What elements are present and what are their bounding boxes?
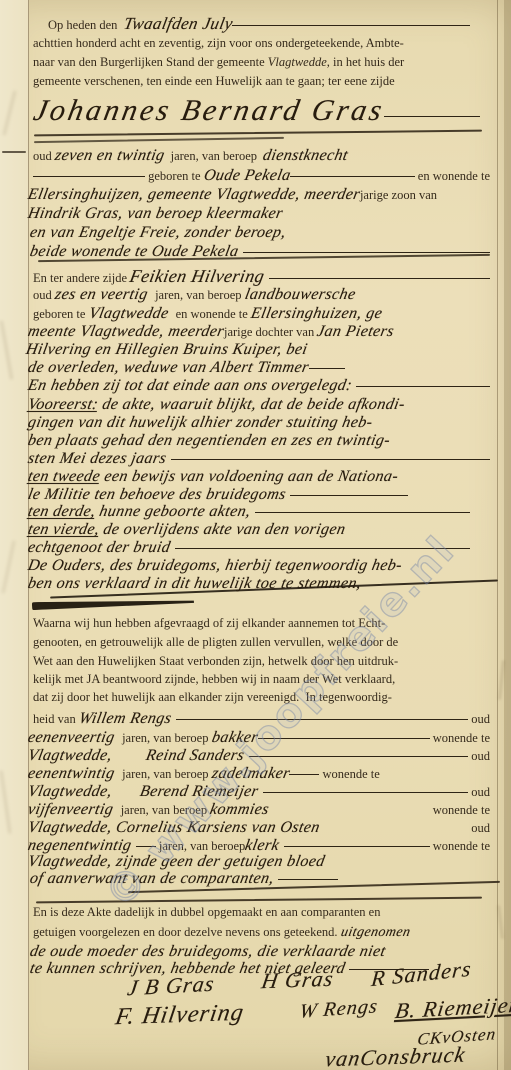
handwritten-text: uitgenomen [339, 924, 412, 942]
groom-name: Johannes Bernard Gras [30, 92, 387, 130]
document-2-label: ten tweede [26, 467, 102, 487]
witness-1-age: eenenveertig [26, 728, 121, 748]
gemeente-name: Vlagtwedde [268, 55, 327, 71]
witness-4-name-line: Vlagtwedde, Cornelius Karsiens van Osten… [28, 818, 490, 838]
printed-text: jaren, van beroep [119, 731, 212, 747]
witness-1-detail-line: eenenveertig jaren, van beroep bakker wo… [28, 728, 490, 748]
intro-line-4: gemeente verschenen, ten einde een Huwel… [33, 74, 490, 90]
witness-1-residence: Vlagtwedde, [26, 746, 118, 766]
bride-age: zes en veertig [53, 285, 154, 305]
printed-text: jaren, van beroep [119, 767, 212, 783]
handwritten-text: De Ouders, des bruidegoms, hierbij tegen… [26, 556, 404, 576]
handwritten-text: de akte, waaruit blijkt, dat de beide af… [96, 395, 407, 415]
printed-text: dat zij door het huwelijk aan elkander z… [33, 690, 392, 706]
printed-text: oud [33, 149, 55, 165]
fill-line [33, 176, 145, 177]
witness-2-age: eenentwintig [26, 764, 121, 784]
printed-text: getuigen voorgelezen en door dezelve nev… [33, 925, 341, 941]
parents-consent-line-a: De Ouders, des bruidegoms, hierbij tegen… [28, 556, 490, 576]
document-1-line-d: sten Mei dezes jaars [28, 449, 490, 469]
name-flourish-underline-1 [34, 130, 482, 137]
groom-mother-line: en van Engeltje Freie, zonder beroep, [30, 223, 490, 243]
page-edge-strip [504, 0, 511, 1070]
fill-line [309, 368, 345, 369]
signature-w-rengs: W Rengs [300, 997, 378, 1022]
groom-birthplace: Oude Pekela [202, 166, 292, 186]
groom-residence-line: Ellersinghuijzen, gemeente Vlagtwedde, m… [28, 185, 490, 205]
bride-residence-line: meente Vlagtwedde, meerderjarige dochter… [28, 322, 490, 342]
vows-line-1: Waarna wij hun hebben afgevraagd of zij … [33, 616, 490, 632]
printed-text: jaren, van beroep [164, 149, 263, 165]
fill-line [278, 879, 338, 880]
page-binding-edge [0, 0, 29, 1070]
signature-r-sanders: R Sanders [372, 960, 471, 988]
fill-line [290, 495, 408, 496]
parents-consent-line-b: ben ons verklaard in dit huwelijk toe te… [28, 574, 490, 594]
groom-born-line: geboren te Oude Pekela en wonende te [33, 166, 490, 186]
intro-line-3: naar van den Burgerlijken Stand der geme… [33, 55, 490, 71]
fill-line [255, 512, 470, 513]
bleed-mark [497, 905, 504, 939]
groom-age-line: oud zeven en twintig jaren, van beroep d… [33, 146, 490, 166]
printed-text: oud [468, 712, 490, 728]
witness-2-residence: Vlagtwedde, [26, 782, 118, 802]
printed-text: jaren, van beroep [152, 288, 245, 304]
fill-line [176, 719, 469, 720]
bride-residence: Ellersinghuizen, ge [249, 304, 384, 324]
printed-text: genooten, en getrouwelijk alle de pligte… [33, 635, 398, 651]
bride-born-line: geboren te Vlagtwedde en wonende te Elle… [33, 304, 490, 324]
printed-text: naar van den Burgerlijken Stand der geme… [33, 55, 268, 71]
witness-2-name: Reind Sanders [144, 746, 250, 766]
document-4-line-a: ten vierde, de overlijdens akte van den … [28, 520, 490, 540]
bride-father-name: Jan Pieters [315, 322, 396, 342]
handwritten-text: hunne geboorte akten, [93, 502, 257, 522]
signature-witness-3: B. Riemeijer [394, 991, 511, 1025]
handwritten-text: gingen van dit huwelijk alhier zonder st… [26, 413, 374, 433]
handwritten-text: beide wonende te Oude Pekela [28, 242, 245, 262]
comparanten-stroke-2 [36, 897, 482, 904]
witness-3-age: vijfenveertig [26, 800, 119, 820]
groom-residence: Ellersinghuijzen, gemeente Vlagtwedde, m… [26, 185, 362, 205]
printed-text: jarige dochter van [224, 325, 317, 341]
signature-official: vanConsbruck [323, 1041, 467, 1070]
printed-text: oud [33, 288, 55, 304]
vows-line-5: dat zij door het huwelijk aan elkander z… [33, 690, 490, 706]
printed-text: wonende te [319, 767, 379, 783]
margin-dash [2, 151, 26, 153]
printed-text: Op heden den [48, 18, 124, 34]
fill-line [384, 116, 480, 117]
printed-text: jarige zoon van [360, 188, 437, 204]
signature-groom: J B Gras [126, 970, 217, 1002]
fill-line [356, 386, 490, 387]
witness-1-name: Willem Rengs [77, 709, 178, 729]
printed-text: en wonende te [415, 169, 490, 185]
printed-text: En is deze Akte dadelijk in dubbel opgem… [33, 905, 380, 921]
witness-3-name: Berend Riemeijer [138, 782, 264, 802]
fill-line [290, 176, 414, 177]
signature-h-gras: H Gras [262, 966, 333, 994]
groom-occupation: dienstknecht [261, 146, 350, 166]
handwritten-text: of aanverwant van de comparanten, [28, 869, 280, 889]
vows-line-4: kelijk met JA beantwoord zijnde, hebben … [33, 672, 490, 688]
groom-age: zeven en twintig [53, 146, 166, 166]
document-page: Op heden den Twaalfden Julyachttien hond… [0, 0, 511, 1070]
printed-text: heid van [33, 712, 79, 728]
signature-b-riemeijer: B. Riemeijer [396, 994, 511, 1022]
handwritten-text: En hebben zij tot dat einde aan ons over… [26, 376, 358, 396]
witness-2-detail-line: eenentwintig jaren, van beroep zadelmake… [28, 764, 490, 784]
document-3-label: ten derde, [26, 502, 97, 522]
groom-father-line: Hindrik Gras, van beroep kleermaker [28, 204, 490, 224]
signature-witness-1: W Rengs [298, 994, 380, 1024]
fill-line [243, 252, 490, 253]
witness-3-residence: Vlagtwedde, [26, 818, 118, 838]
witness-2-name-line: Vlagtwedde, Reind Sanders oud [28, 746, 490, 766]
fill-line [249, 756, 468, 757]
signature-bride: F. Hilvering [113, 998, 246, 1032]
vows-line-2: genooten, en getrouwelijk alle de pligte… [33, 635, 490, 651]
printed-text: kelijk met JA beantwoord zijnde, hebben … [33, 672, 395, 688]
document-1-line-a: Vooreerst: de akte, waaruit blijkt, dat … [28, 395, 490, 415]
handwritten-text: ben ons verklaard in dit huwelijk toe te… [26, 574, 363, 594]
bride-widow-line: de overleden, weduwe van Albert Timmer [28, 358, 490, 378]
document-1-label: Vooreerst: [26, 395, 100, 415]
handwritten-text: echtgenoot der bruid [26, 538, 176, 558]
witness-relation-line-b: of aanverwant van de comparanten, [30, 869, 490, 889]
bride-birthplace: Vlagtwedde [87, 304, 175, 324]
signature-jb-gras: J B Gras [128, 972, 214, 1000]
printed-text: en wonende te [172, 307, 250, 323]
signature-f-hilvering: F. Hilvering [116, 1000, 244, 1030]
intro-line-1: Op heden den Twaalfden July [48, 13, 470, 34]
fill-line [284, 846, 430, 847]
signature-van-consbruck: vanConsbruck [326, 1043, 465, 1070]
closing-line-2: getuigen voorgelezen en door dezelve nev… [33, 924, 490, 942]
handwritten-text: meente Vlagtwedde, meerder [26, 322, 226, 342]
bride-previous-husband: de overleden, weduwe van Albert Timmer [26, 358, 311, 378]
printed-text: geboren te [145, 169, 204, 185]
printed-text: oud [468, 785, 490, 801]
printed-text: Waarna wij hun hebben afgevraagd of zij … [33, 616, 385, 632]
fill-line [289, 774, 319, 775]
bride-parents-line: Hilvering en Hillegien Bruins Kuiper, be… [26, 340, 490, 360]
groom-father-name: Hindrik Gras, van beroep kleermaker [26, 204, 285, 224]
witness-3-detail-line: vijfenveertig jaren, van beroep kommies … [28, 800, 490, 820]
bride-occupation: landbouwersche [243, 285, 357, 305]
printed-text: gemeente verschenen, ten einde een Huwel… [33, 74, 395, 90]
printed-text: wonende te [430, 731, 490, 747]
witness-4-name: Cornelius Karsiens van Osten [114, 818, 322, 838]
documents-intro-line: En hebben zij tot dat einde aan ons over… [28, 376, 490, 396]
document-1-line-c: ben plaats gehad den negentienden en zes… [28, 431, 490, 451]
intro-line-2: achttien honderd acht en zeventig, zijn … [33, 36, 490, 52]
printed-text: oud [468, 821, 490, 837]
signature-witness-2: R Sanders [370, 955, 473, 993]
printed-text: jaren, van beroep [118, 803, 211, 819]
document-3-line: ten derde, hunne geboorte akten, [28, 502, 470, 522]
bride-age-line: oud zes en veertig jaren, van beroep lan… [33, 285, 490, 305]
groom-mother-name: en van Engeltje Freie, zonder beroep, [28, 223, 288, 243]
fill-line [136, 846, 156, 847]
closing-line-1: En is deze Akte dadelijk in dubbel opgem… [33, 905, 490, 921]
handwritten-text: ben plaats gehad den negentienden en zes… [26, 431, 392, 451]
fill-line [232, 25, 470, 26]
printed-text: achttien honderd acht en zeventig, zijn … [33, 36, 404, 52]
printed-text: wonende te [430, 803, 490, 819]
fill-line [263, 792, 468, 793]
document-4-label: ten vierde, [26, 520, 101, 540]
fill-line [171, 459, 490, 460]
document-1-line-b: gingen van dit huwelijk alhier zonder st… [28, 413, 490, 433]
banns-dates: sten Mei dezes jaars [26, 449, 172, 469]
document-2-line-a: ten tweede een bewijs van voldoening aan… [28, 467, 490, 487]
witness-3-name-line: Vlagtwedde, Berend Riemeijer oud [28, 782, 490, 802]
fill-line [258, 738, 430, 739]
bride-mother-name: Hilvering en Hillegien Bruins Kuiper, be… [24, 340, 309, 360]
handwritten-text: een bewijs van voldoening aan de Nationa… [98, 467, 400, 487]
witness-2-occupation: zadelmaker [210, 764, 292, 784]
printed-text: Wet aan den Huwelijken Staat verbonden z… [33, 654, 398, 670]
vows-line-3: Wet aan den Huwelijken Staat verbonden z… [33, 654, 490, 670]
fill-line [175, 548, 470, 549]
fill-line [269, 278, 490, 279]
witness-3-occupation: kommies [208, 800, 271, 820]
marriage-date: Twaalfden July [122, 13, 235, 34]
witness-1-name-line: heid van Willem Rengs oud [33, 709, 490, 729]
signature-groom-father: H Gras [260, 965, 336, 995]
witness-1-occupation: bakker [210, 728, 260, 748]
printed-text: geboren te [33, 307, 89, 323]
document-4-line-b: echtgenoot der bruid [28, 538, 470, 558]
name-flourish-underline-2 [34, 137, 284, 143]
ink-wedge [32, 598, 194, 610]
groom-name-line: Johannes Bernard Gras [34, 92, 480, 130]
handwritten-text: de overlijdens akte van den vorigen [97, 520, 347, 540]
groom-parents-residence-line: beide wonende te Oude Pekela [30, 242, 490, 262]
printed-text: oud [468, 749, 490, 765]
printed-text: , in het huis der [327, 55, 404, 71]
